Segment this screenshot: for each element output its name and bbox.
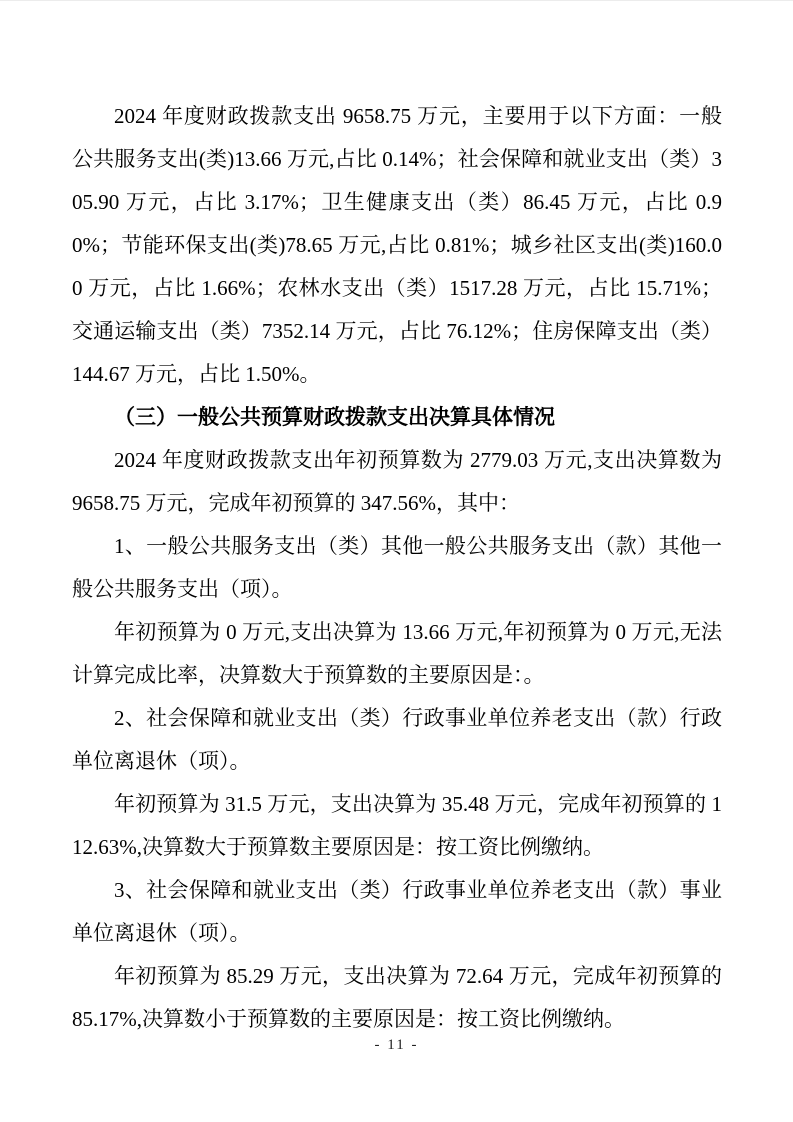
section-heading-three: （三）一般公共预算财政拨款支出决算具体情况: [72, 396, 722, 439]
paragraph-item-1-detail: 年初预算为 0 万元,支出决算为 13.66 万元,年初预算为 0 万元,无法计…: [72, 611, 722, 697]
paragraph-fiscal-expenditure-overview: 2024 年度财政拨款支出 9658.75 万元，主要用于以下方面：一般公共服务…: [72, 95, 722, 396]
paragraph-item-2-title: 2、社会保障和就业支出（类）行政事业单位养老支出（款）行政单位离退休（项）。: [72, 697, 722, 783]
paragraph-item-2-detail: 年初预算为 31.5 万元，支出决算为 35.48 万元，完成年初预算的 112…: [72, 783, 722, 869]
document-body: 2024 年度财政拨款支出 9658.75 万元，主要用于以下方面：一般公共服务…: [72, 95, 722, 1041]
document-page: 2024 年度财政拨款支出 9658.75 万元，主要用于以下方面：一般公共服务…: [0, 0, 793, 1122]
paragraph-item-1-title: 1、一般公共服务支出（类）其他一般公共服务支出（款）其他一般公共服务支出（项）。: [72, 525, 722, 611]
paragraph-item-3-title: 3、社会保障和就业支出（类）行政事业单位养老支出（款）事业单位离退休（项）。: [72, 869, 722, 955]
page-number: - 11 -: [0, 1037, 793, 1054]
paragraph-budget-vs-final: 2024 年度财政拨款支出年初预算数为 2779.03 万元,支出决算数为 96…: [72, 439, 722, 525]
paragraph-item-3-detail: 年初预算为 85.29 万元，支出决算为 72.64 万元，完成年初预算的 85…: [72, 955, 722, 1041]
